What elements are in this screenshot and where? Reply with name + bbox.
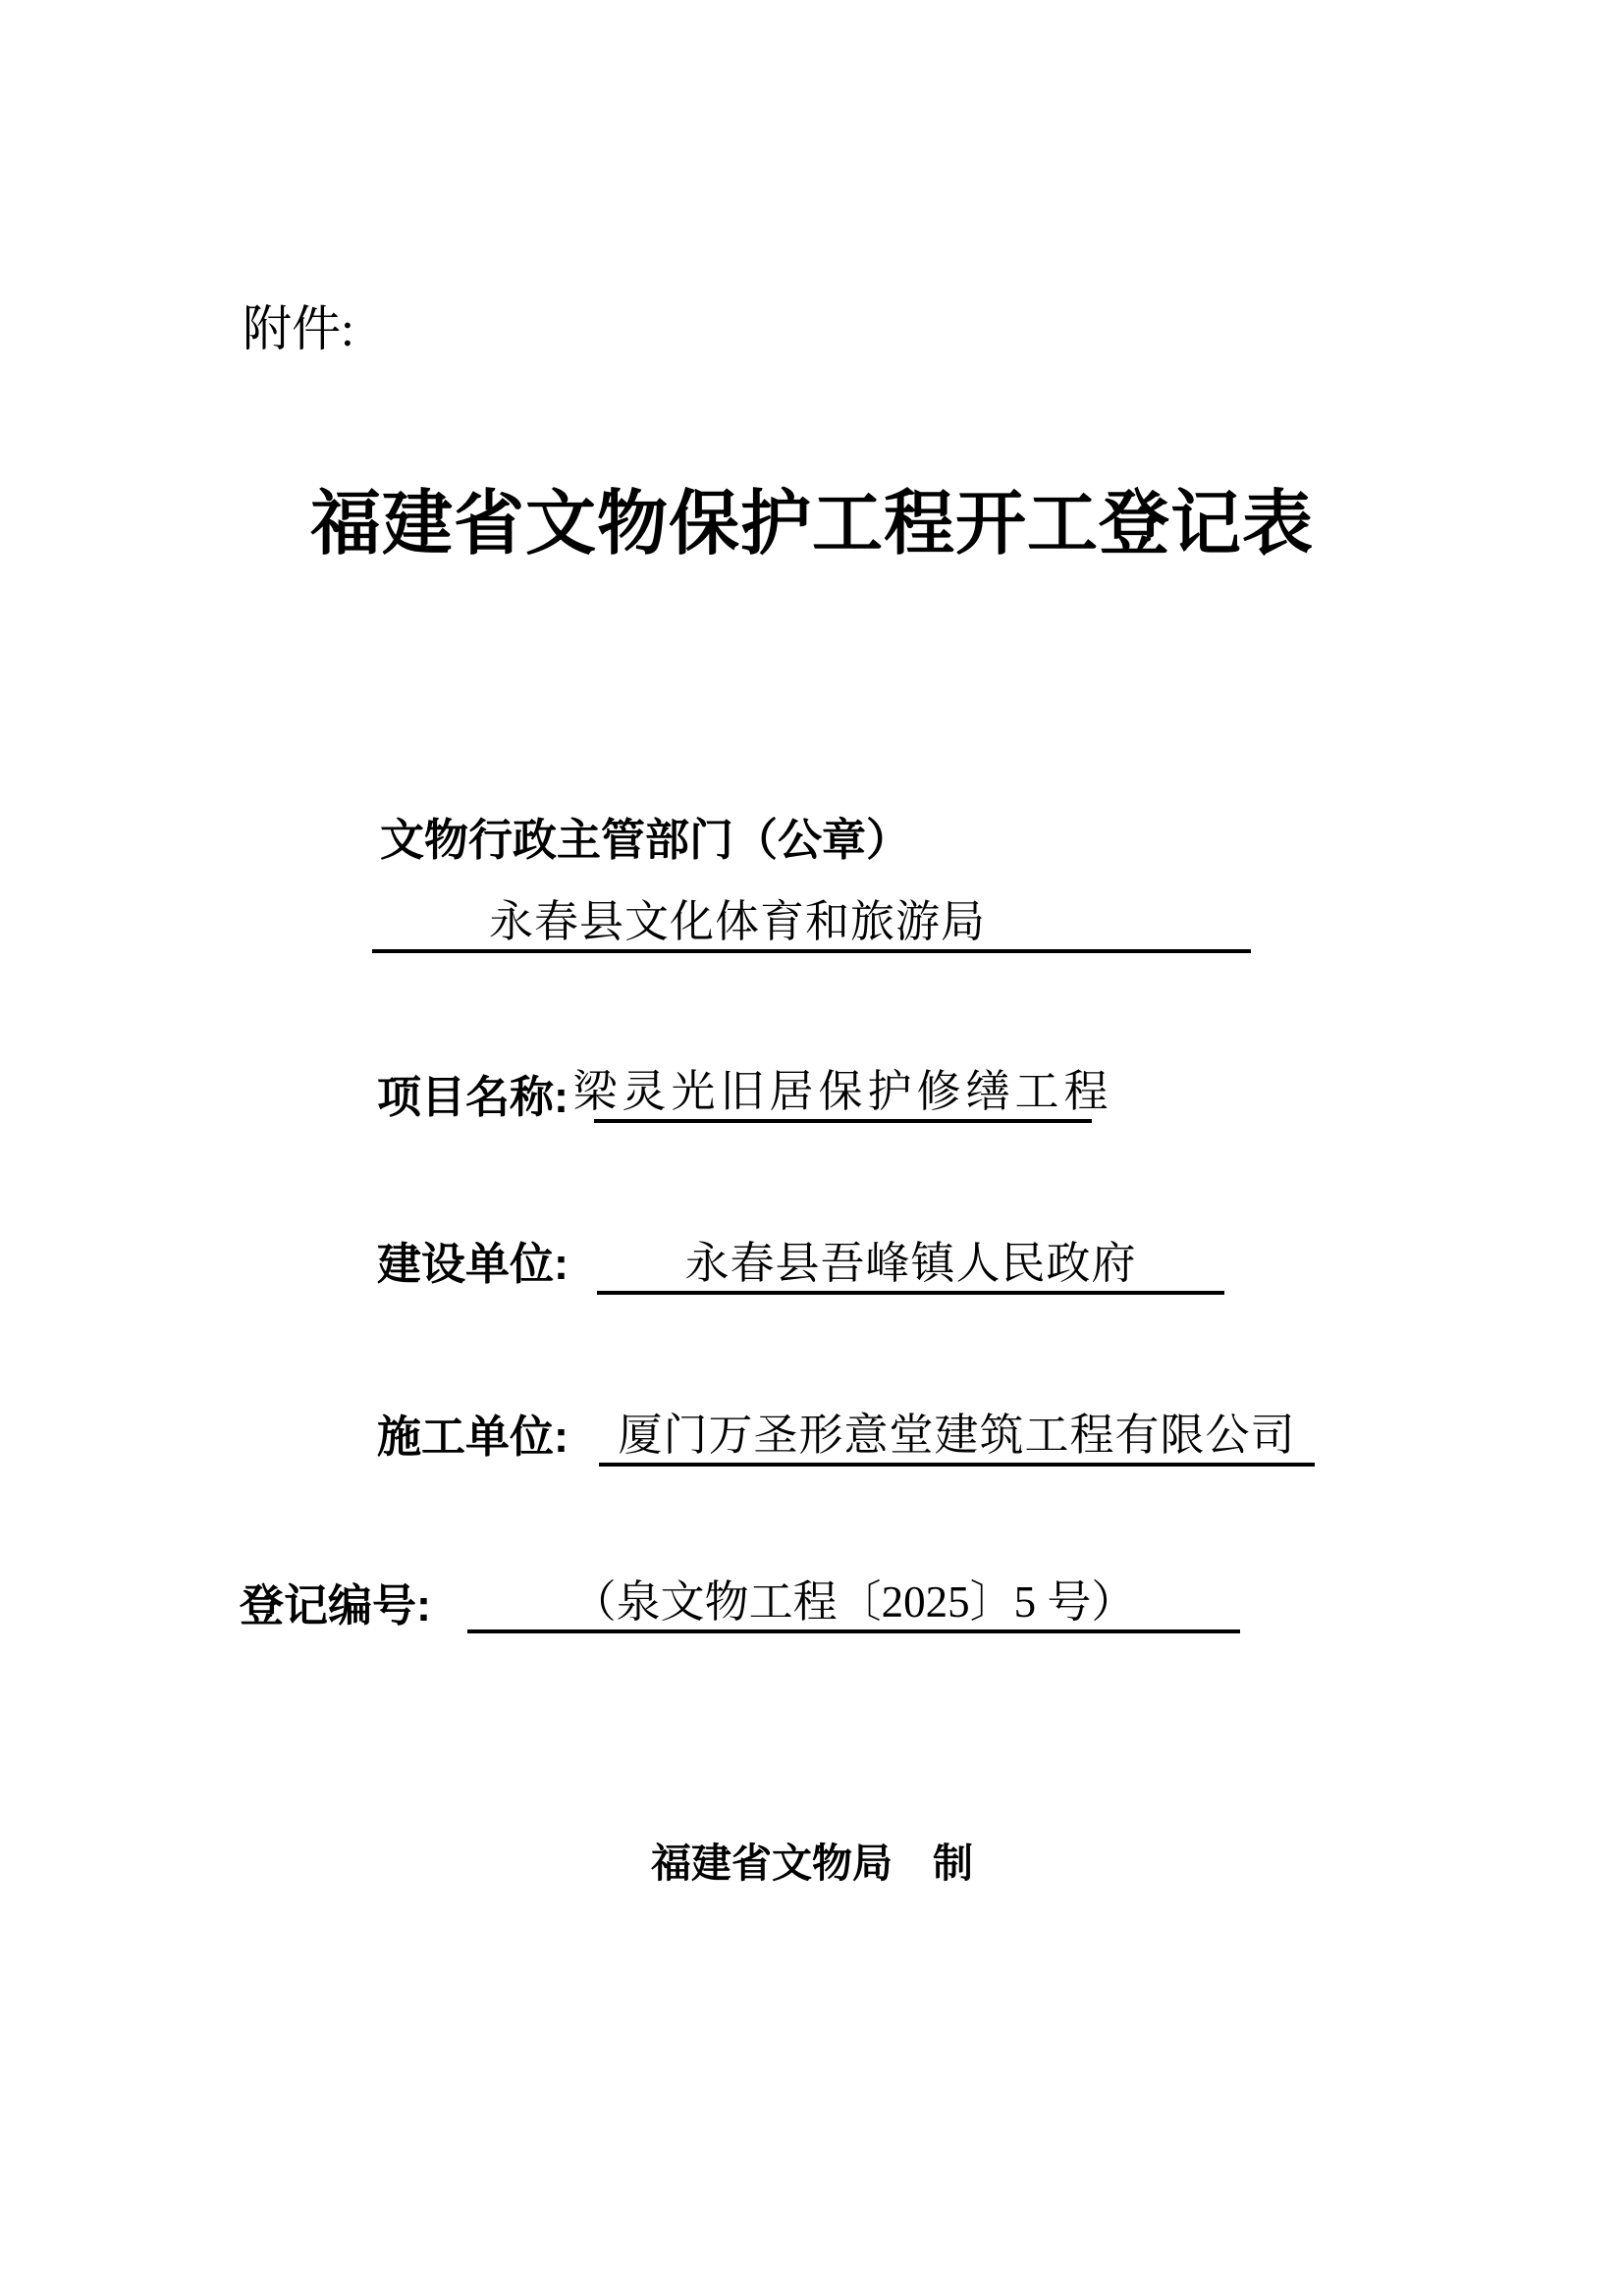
attachment-label: 附件:	[243, 300, 354, 357]
construction-owner-underline-field: 永春县吾峰镇人民政府	[597, 1228, 1224, 1295]
page-title: 福建省文物保护工程开工登记表	[0, 481, 1624, 567]
department-field-label: 文物行政主管部门（公章）	[380, 815, 910, 866]
project-name-value: 梁灵光旧居保护修缮工程	[573, 1067, 1113, 1119]
project-name-underline-field: 梁灵光旧居保护修缮工程	[594, 1056, 1092, 1123]
construction-owner-value: 永春县吾峰镇人民政府	[684, 1239, 1136, 1291]
construction-owner-field-label: 建设单位:	[377, 1239, 568, 1290]
registration-number-field-label: 登记编号:	[240, 1580, 431, 1631]
footer-issuer: 福建省文物局 制	[0, 1840, 1624, 1887]
registration-number-underline-field: （泉文物工程〔2025〕5 号）	[467, 1567, 1240, 1633]
project-name-field-label: 项目名称:	[377, 1072, 568, 1123]
contractor-underline-field: 厦门万圣形意堂建筑工程有限公司	[599, 1400, 1315, 1467]
department-underline-field: 永春县文化体育和旅游局	[372, 886, 1251, 953]
department-value: 永春县文化体育和旅游局	[489, 897, 986, 949]
registration-number-value: （泉文物工程〔2025〕5 号）	[572, 1577, 1136, 1629]
contractor-value: 厦门万圣形意堂建筑工程有限公司	[618, 1411, 1295, 1463]
document-page: 附件: 福建省文物保护工程开工登记表 文物行政主管部门（公章） 永春县文化体育和…	[0, 0, 1624, 2296]
contractor-field-label: 施工单位:	[377, 1412, 568, 1463]
